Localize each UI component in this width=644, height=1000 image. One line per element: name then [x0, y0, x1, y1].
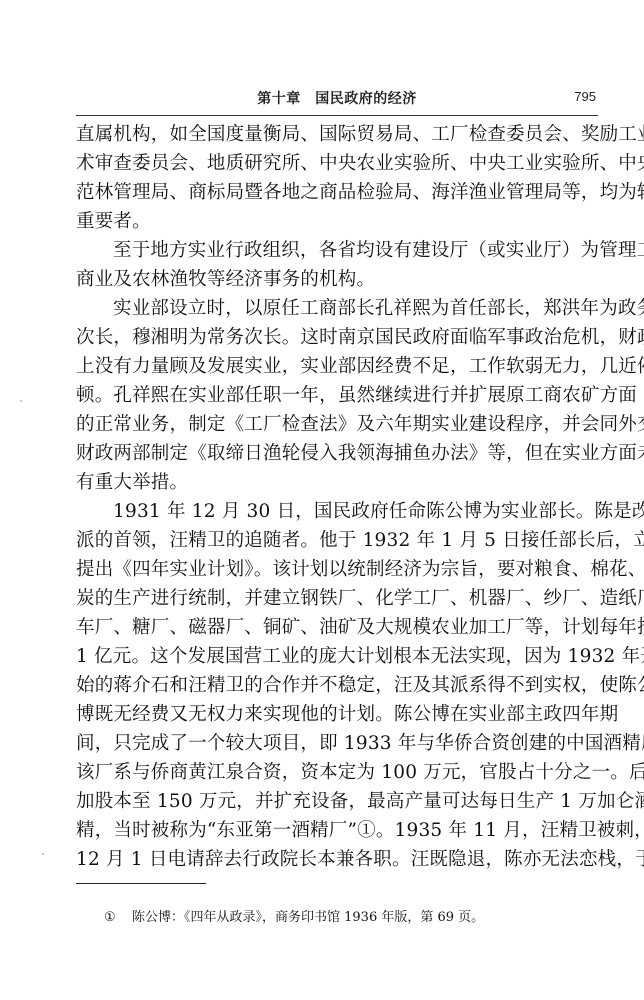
scan-speck [20, 400, 22, 402]
text-line: 该厂系与侨商黄江泉合资，资本定为 100 万元，官股占十分之一。后增 [76, 758, 600, 787]
text-line: 直属机构，如全国度量衡局、国际贸易局、工厂检查委员会、奖励工业技 [76, 120, 600, 149]
text-line: 重要者。 [76, 207, 600, 236]
text-line: 始的蒋介石和汪精卫的合作并不稳定，汪及其派系得不到实权，使陈公 [76, 671, 600, 700]
text-line: 派的首领，汪精卫的追随者。他于 1932 年 1 月 5 日接任部长后，立即 [76, 526, 600, 555]
footnote-rule [76, 883, 206, 884]
text-line: 次长，穆湘明为常务次长。这时南京国民政府面临军事政治危机，财政 [76, 323, 600, 352]
text-line: 车厂、糖厂、磁器厂、铜矿、油矿及大规模农业加工厂等，计划每年投资 [76, 613, 600, 642]
paragraph-start: 实业部设立时，以原任工商部长孔祥熙为首任部长，郑洪年为政务 [76, 294, 600, 323]
text-line: 上没有力量顾及发展实业，实业部因经费不足，工作软弱无力，几近停 [76, 352, 600, 381]
text-line: 术审查委员会、地质研究所、中央农业实验所、中央工业实验所、中央模 [76, 149, 600, 178]
text-line: 有重大举措。 [76, 468, 600, 497]
text-line: 间，只完成了一个较大项目，即 1933 年与华侨合资创建的中国酒精厂。 [76, 729, 600, 758]
footnote-text: 陈公博：《四年从政录》，商务印书馆 1936 年版，第 69 页。 [132, 910, 484, 925]
text-line: 提出《四年实业计划》。该计划以统制经济为宗旨，要对粮食、棉花、煤 [76, 555, 600, 584]
text-line: 顿。孔祥熙在实业部任职一年，虽然继续进行并扩展原工商农矿方面 [76, 381, 600, 410]
text-line: 财政两部制定《取缔日渔轮侵入我领海捕鱼办法》等，但在实业方面未 [76, 439, 600, 468]
text-line: 炭的生产进行统制，并建立钢铁厂、化学工厂、机器厂、纱厂、造纸厂、汽 [76, 584, 600, 613]
text-line: 的正常业务，制定《工厂检查法》及六年期实业建设程序，并会同外交、 [76, 410, 600, 439]
text-line: 1 亿元。这个发展国营工业的庞大计划根本无法实现，因为 1932 年开 [76, 642, 600, 671]
header-rule [76, 115, 598, 116]
footnote: ①陈公博：《四年从政录》，商务印书馆 1936 年版，第 69 页。 [104, 906, 484, 925]
text-line: 精，当时被称为“东亚第一酒精厂”①。1935 年 11 月，汪精卫被刺，于 [76, 816, 600, 845]
body-text: 直属机构，如全国度量衡局、国际贸易局、工厂检查委员会、奖励工业技 术审查委员会、… [76, 120, 600, 874]
text-line: 商业及农林渔牧等经济事务的机构。 [76, 265, 600, 294]
footnote-mark: ① [104, 910, 132, 925]
paragraph-start: 1931 年 12 月 30 日，国民政府任命陈公博为实业部长。陈是改组 [76, 497, 600, 526]
text-line: 12 月 1 日电请辞去行政院长本兼各职。汪既隐退，陈亦无法恋栈，于 [76, 845, 600, 874]
scan-speck [42, 853, 44, 855]
text-line: 博既无经费又无权力来实现他的计划。陈公博在实业部主政四年期 [76, 700, 600, 729]
running-title: 第十章 国民政府的经济 [76, 88, 598, 108]
paragraph-start: 至于地方实业行政组织，各省均设有建设厅（或实业厅）为管理工 [76, 236, 600, 265]
book-page: 第十章 国民政府的经济 795 直属机构，如全国度量衡局、国际贸易局、工厂检查委… [0, 0, 644, 1000]
text-line: 加股本至 150 万元，并扩充设备，最高产量可达每日生产 1 万加仑酒 [76, 787, 600, 816]
page-header: 第十章 国民政府的经济 795 [76, 86, 598, 110]
text-line: 范林管理局、商标局暨各地之商品检验局、海洋渔业管理局等，均为较 [76, 178, 600, 207]
page-number: 795 [574, 89, 596, 104]
